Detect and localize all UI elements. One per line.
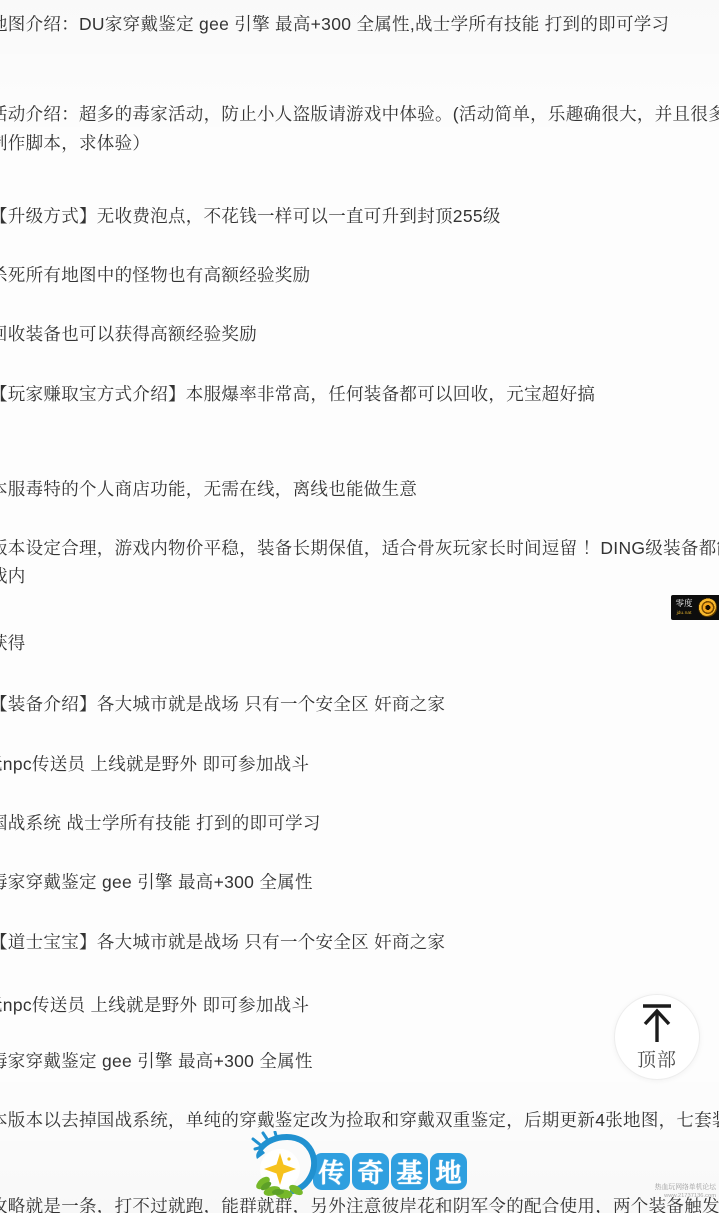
text-line: 版本设定合理，游戏内物价平稳，装备长期保值，适合骨灰玩家长时间逗留 ！DING级…	[0, 538, 719, 559]
text-line: 获得	[0, 633, 719, 654]
logo-char-tile: 传	[313, 1153, 350, 1190]
text-line: 【玩家赚取宝方式介绍】本服爆率非常高，任何装备都可以回收，元宝超好搞	[0, 384, 719, 405]
text-line: 本版本以去掉国战系统，单纯的穿戴鉴定改为捡取和穿戴双重鉴定，后期更新4张地图，七…	[0, 1110, 719, 1131]
forum-watermark-line1: 热血玩网络单机论坛	[651, 1183, 716, 1191]
photo-tint-overlay	[0, 0, 719, 1213]
chuanqi-jidi-logo: 传 奇 基 地	[251, 1131, 467, 1203]
webpage: { "page": { "background": "#fdfdfd", "te…	[0, 0, 719, 1213]
logo-char-tile: 奇	[352, 1153, 389, 1190]
text-line: 无npc传送员 上线就是野外 即可参加战斗	[0, 995, 719, 1016]
zero-watermark-badge: 零度 jdu.nat	[671, 595, 719, 620]
text-line: 【升级方式】无收费泡点，不花钱一样可以一直可升到封顶255级	[0, 206, 719, 227]
logo-text-tiles: 传 奇 基 地	[313, 1153, 467, 1190]
zero-badge-text: 零度 jdu.nat	[671, 599, 697, 617]
logo-char-tile: 基	[391, 1153, 428, 1190]
text-line: 回收装备也可以获得高额经验奖励	[0, 324, 719, 345]
text-line: 【装备介绍】各大城市就是战场 只有一个安全区 奸商之家	[0, 694, 719, 715]
text-line: 【道士宝宝】各大城市就是战场 只有一个安全区 奸商之家	[0, 932, 719, 953]
text-line: 活动介绍：超多的毒家活动，防止小人盗版请游戏中体验。(活动简单，乐趣确很大，并且…	[0, 104, 719, 125]
text-line: 毒家穿戴鉴定 gee 引擎 最高+300 全属性	[0, 872, 719, 893]
text-line: 国战系统 战士学所有技能 打到的即可学习	[0, 813, 719, 834]
text-line: 杀死所有地图中的怪物也有高额经验奖励	[0, 265, 719, 286]
dragon-leaf-star-icon	[251, 1131, 317, 1203]
text-line: 戏内	[0, 566, 719, 587]
zero-badge-subtitle: jdu.nat	[677, 610, 692, 615]
back-to-top-button[interactable]: 顶部	[614, 994, 700, 1080]
text-line: 制作脚本，求体验）	[0, 133, 719, 154]
zero-badge-title: 零度	[675, 599, 692, 608]
logo-char-tile: 地	[430, 1153, 467, 1190]
text-line: 毒家穿戴鉴定 gee 引擎 最高+300 全属性	[0, 1051, 719, 1072]
forum-watermark-line2: www.21737136.com	[661, 1192, 716, 1199]
text-line: 地图介绍：DU家穿戴鉴定 gee 引擎 最高+300 全属性,战士学所有技能 打…	[0, 14, 719, 35]
back-to-top-label: 顶部	[637, 1045, 677, 1072]
text-line: 无npc传送员 上线就是野外 即可参加战斗	[0, 754, 719, 775]
arrow-up-to-top-icon	[635, 1002, 679, 1044]
zero-badge-swirl-icon	[698, 598, 717, 617]
forum-watermark: 热血玩网络单机论坛 www.21737136.com	[640, 1183, 716, 1201]
text-line: 本服毒特的个人商店功能，无需在线，离线也能做生意	[0, 479, 719, 500]
